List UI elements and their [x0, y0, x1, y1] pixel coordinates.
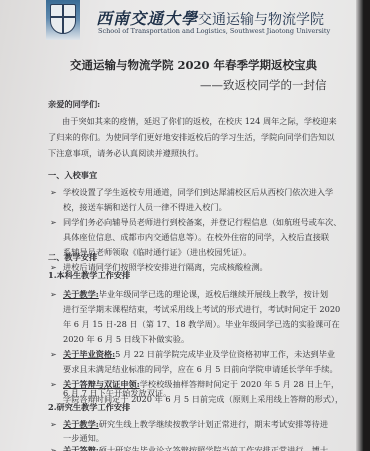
intro-line-2: 了归来的你们。为使同学们更好地安排返校后的学习生活，学院向同学们告知以 — [48, 130, 335, 146]
section1-heading: 一、入校事宜 — [48, 168, 97, 184]
s1-b2-l1: 同学们务必向辅导员老师进行到校备案，并登记行程信息（如航班号或车次、 — [63, 215, 341, 231]
bullet-icon: ➢ — [50, 188, 57, 197]
s1-b1-l1: 学校设置了学生返校专用通道，同学们到达犀浦校区后从西校门依次进入学 — [63, 185, 333, 201]
school-name-en: School of Transportation and Logistics, … — [98, 27, 330, 35]
bullet-icon: ➢ — [50, 218, 57, 227]
bullet-icon: ➢ — [50, 263, 57, 272]
document-title: 交通运输与物流学院 2020 年春季学期返校宝典 — [70, 57, 317, 73]
s1-b2-l2: 具体座位信息、成都市内交通信息等）。在校外住宿的同学，入校后直接联 — [63, 230, 329, 246]
university-logo — [46, 0, 80, 40]
background-edge — [356, 0, 364, 451]
document-subtitle: ——致返校同学的一封信 — [200, 77, 327, 93]
intro-line-1: 由于突如其来的疫情，延迟了你们的返校，在校庆 124 周年之际，学校迎来 — [62, 114, 337, 130]
greeting: 亲爱的同学们: — [48, 97, 100, 113]
shield-icon — [50, 4, 76, 34]
university-calligraphy: 西南交通大學 — [96, 9, 198, 28]
school-name-cn: 西南交通大學交通运输与物流学院 — [96, 6, 324, 29]
s1-b2-l3: 系辅导员老师领取《临时通行证》（进出校园凭证）。 — [63, 245, 251, 261]
intro-line-3: 下注意事项，请务必认真阅读并遵照执行。 — [48, 146, 204, 162]
s1-b1-l2: 校，接送车辆和送行人员一律不得进入校门。 — [63, 200, 227, 216]
document-photo: 西南交通大學交通运输与物流学院 School of Transportation… — [0, 0, 362, 451]
college-name: 交通运输与物流学院 — [198, 12, 324, 28]
s1-b3-l1: 进校后请同学们按照学校安排进行隔离，完成核酸检测。 — [63, 260, 268, 276]
